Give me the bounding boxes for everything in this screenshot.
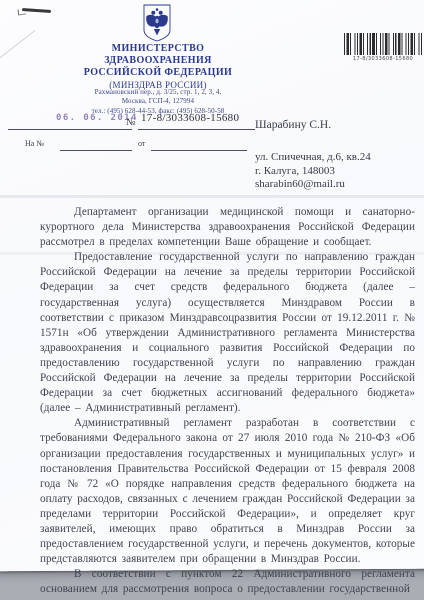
paragraph-2: Предоставление государственной услуги по… (40, 250, 415, 416)
recipient-address-line-2: г. Калуга, 148003 (255, 165, 371, 179)
recipient-name: Шарабину С.Н. (255, 119, 371, 133)
reply-to-number-label: На № (25, 139, 44, 148)
paragraph-1: Департамент организации медицинской помо… (40, 205, 415, 250)
pencil-mark (22, 8, 51, 13)
ministry-line-2: ЗДРАВООХРАНЕНИЯ (58, 55, 258, 67)
recipient-email: sharabin60@mail.ru (255, 178, 371, 192)
barcode-block: 17-8/3033608-15680 (344, 33, 422, 62)
org-address-line-2: Москва, ГСП-4, 127994 (48, 97, 268, 106)
scan-band (0, 195, 424, 198)
outgoing-number: 17-8/3033608-15680 (141, 112, 239, 124)
paragraph-3: Административный регламент разработан в … (40, 416, 415, 567)
ministry-name-block: МИНИСТЕРСТВО ЗДРАВООХРАНЕНИЯ РОССИЙСКОЙ … (58, 43, 258, 91)
paragraph-4: В соответствии с пунктом 22 Администрати… (40, 567, 415, 597)
reply-number-underline (60, 149, 132, 151)
scan-crease (0, 30, 35, 59)
reply-date-label: от (138, 139, 145, 148)
ministry-line-1: МИНИСТЕРСТВО (58, 43, 258, 55)
recipient-address-line-1: ул. Спичечная, д.6, кв.24 (255, 151, 371, 165)
letter-body: Департамент организации медицинской помо… (40, 205, 415, 597)
number-underline (138, 128, 255, 130)
barcode-number: 17-8/3033608-15680 (344, 56, 422, 62)
reply-date-underline (151, 149, 247, 151)
recipient-block: Шарабину С.Н. ул. Спичечная, д.6, кв.24 … (255, 119, 371, 192)
org-address-line-1: Рахмановский пер., д. 3/25, стр. 1, 2, 3… (48, 88, 268, 97)
scanned-letter: МИНИСТЕРСТВО ЗДРАВООХРАНЕНИЯ РОССИЙСКОЙ … (0, 0, 424, 600)
barcode (344, 33, 422, 55)
coat-of-arms-emblem (142, 4, 172, 42)
number-sign: № (126, 117, 136, 128)
date-underline (8, 128, 132, 130)
ministry-line-3: РОССИЙСКОЙ ФЕДЕРАЦИИ (58, 67, 258, 79)
